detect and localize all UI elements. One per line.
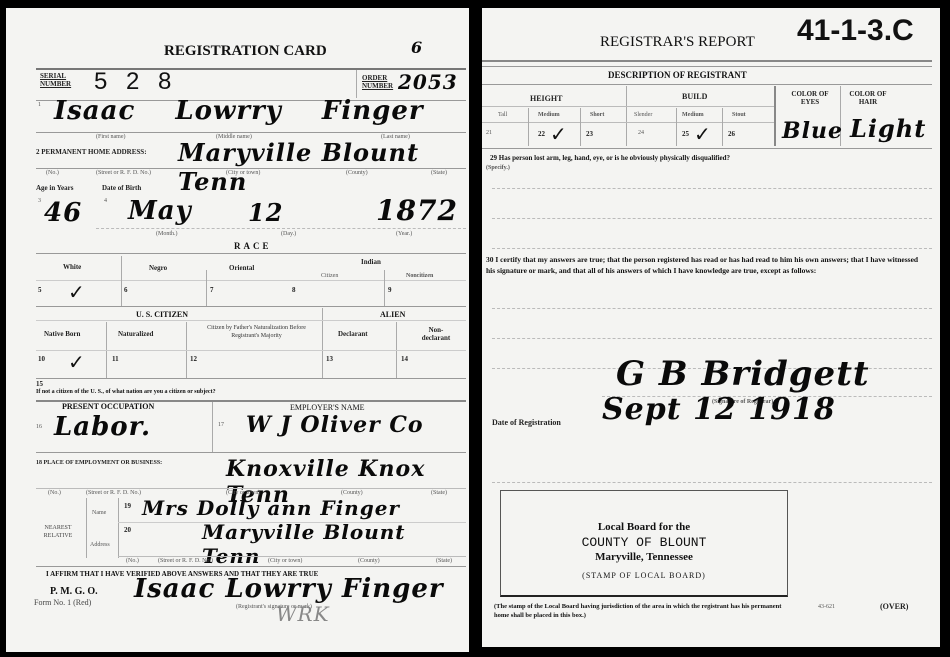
race-white-check: ✓ bbox=[68, 280, 85, 304]
card-title: REGISTRATION CARD bbox=[164, 43, 327, 60]
nearest-relative-label: NEAREST RELATIVE bbox=[34, 524, 82, 540]
age-value: 46 bbox=[44, 198, 82, 228]
occupation-value: Labor. bbox=[54, 412, 151, 442]
home-address-label: 2 PERMANENT HOME ADDRESS: bbox=[36, 148, 147, 156]
registrant-name: Isaac Lowrry Finger bbox=[54, 96, 424, 126]
dob-month: May bbox=[128, 196, 192, 226]
stamp-note: (The stamp of the Local Board having jur… bbox=[494, 602, 794, 620]
description-heading: DESCRIPTION OF REGISTRANT bbox=[608, 70, 747, 80]
corner-mark: 6 bbox=[411, 38, 423, 57]
employer-value: W J Oliver Co bbox=[246, 412, 424, 438]
report-title: REGISTRAR'S REPORT bbox=[600, 34, 755, 51]
date-value: Sept 12 1918 bbox=[602, 392, 836, 427]
report-code: 41-1-3.C bbox=[797, 14, 914, 48]
form-number: Form No. 1 (Red) bbox=[34, 598, 91, 607]
height-medium-check: ✓ bbox=[550, 122, 567, 146]
race-heading: RACE bbox=[234, 241, 272, 251]
registrars-report-card: REGISTRAR'S REPORT 41-1-3.C DESCRIPTION … bbox=[482, 8, 940, 647]
date-label: Date of Registration bbox=[492, 418, 561, 427]
age-label: Age in Years bbox=[36, 184, 73, 192]
q15-text: If not a citizen of the U. S., of what n… bbox=[36, 389, 216, 395]
alien-heading: ALIEN bbox=[380, 310, 405, 319]
over-label: (OVER) bbox=[880, 602, 908, 611]
dob-year: 1872 bbox=[376, 194, 458, 227]
employer-heading: EMPLOYER'S NAME bbox=[290, 403, 365, 412]
us-citizen-heading: U. S. CITIZEN bbox=[136, 310, 188, 319]
native-born-check: ✓ bbox=[68, 350, 85, 374]
employment-place-label: 18 PLACE OF EMPLOYMENT OR BUSINESS: bbox=[36, 460, 162, 466]
relative-name-value: Mrs Dolly ann Finger bbox=[142, 496, 400, 520]
hair-color-value: Light bbox=[850, 114, 926, 143]
registrar-signature: G B Bridgett bbox=[616, 354, 870, 394]
q29-text: 29 Has person lost arm, leg, hand, eye, … bbox=[490, 154, 730, 162]
order-number: 2053 bbox=[398, 70, 458, 94]
build-medium-check: ✓ bbox=[694, 122, 711, 146]
form-id: P. M. G. O. bbox=[50, 586, 98, 597]
stamp-box: Local Board for the COUNTY OF BLOUNT Mar… bbox=[500, 490, 788, 597]
eye-color-value: Blue bbox=[782, 118, 843, 144]
home-address-value: Maryville Blount Tenn bbox=[178, 138, 469, 196]
order-label: ORDER NUMBER bbox=[362, 74, 392, 90]
registration-card: REGISTRATION CARD 6 SERIAL NUMBER 5 2 8 … bbox=[6, 8, 469, 652]
occupation-heading: PRESENT OCCUPATION bbox=[62, 402, 154, 411]
serial-label: SERIAL NUMBER bbox=[40, 72, 70, 88]
dob-label: Date of Birth bbox=[102, 184, 141, 192]
pencil-mark: WRK bbox=[276, 602, 330, 626]
serial-number: 5 2 8 bbox=[94, 68, 177, 96]
q30-text: 30 I certify that my answers are true; t… bbox=[486, 254, 926, 276]
registrant-signature: Isaac Lowrry Finger bbox=[134, 574, 444, 604]
relative-address-value: Maryville Blount Tenn bbox=[202, 520, 469, 568]
print-code: 43-621 bbox=[818, 604, 835, 610]
dob-day: 12 bbox=[248, 198, 283, 227]
